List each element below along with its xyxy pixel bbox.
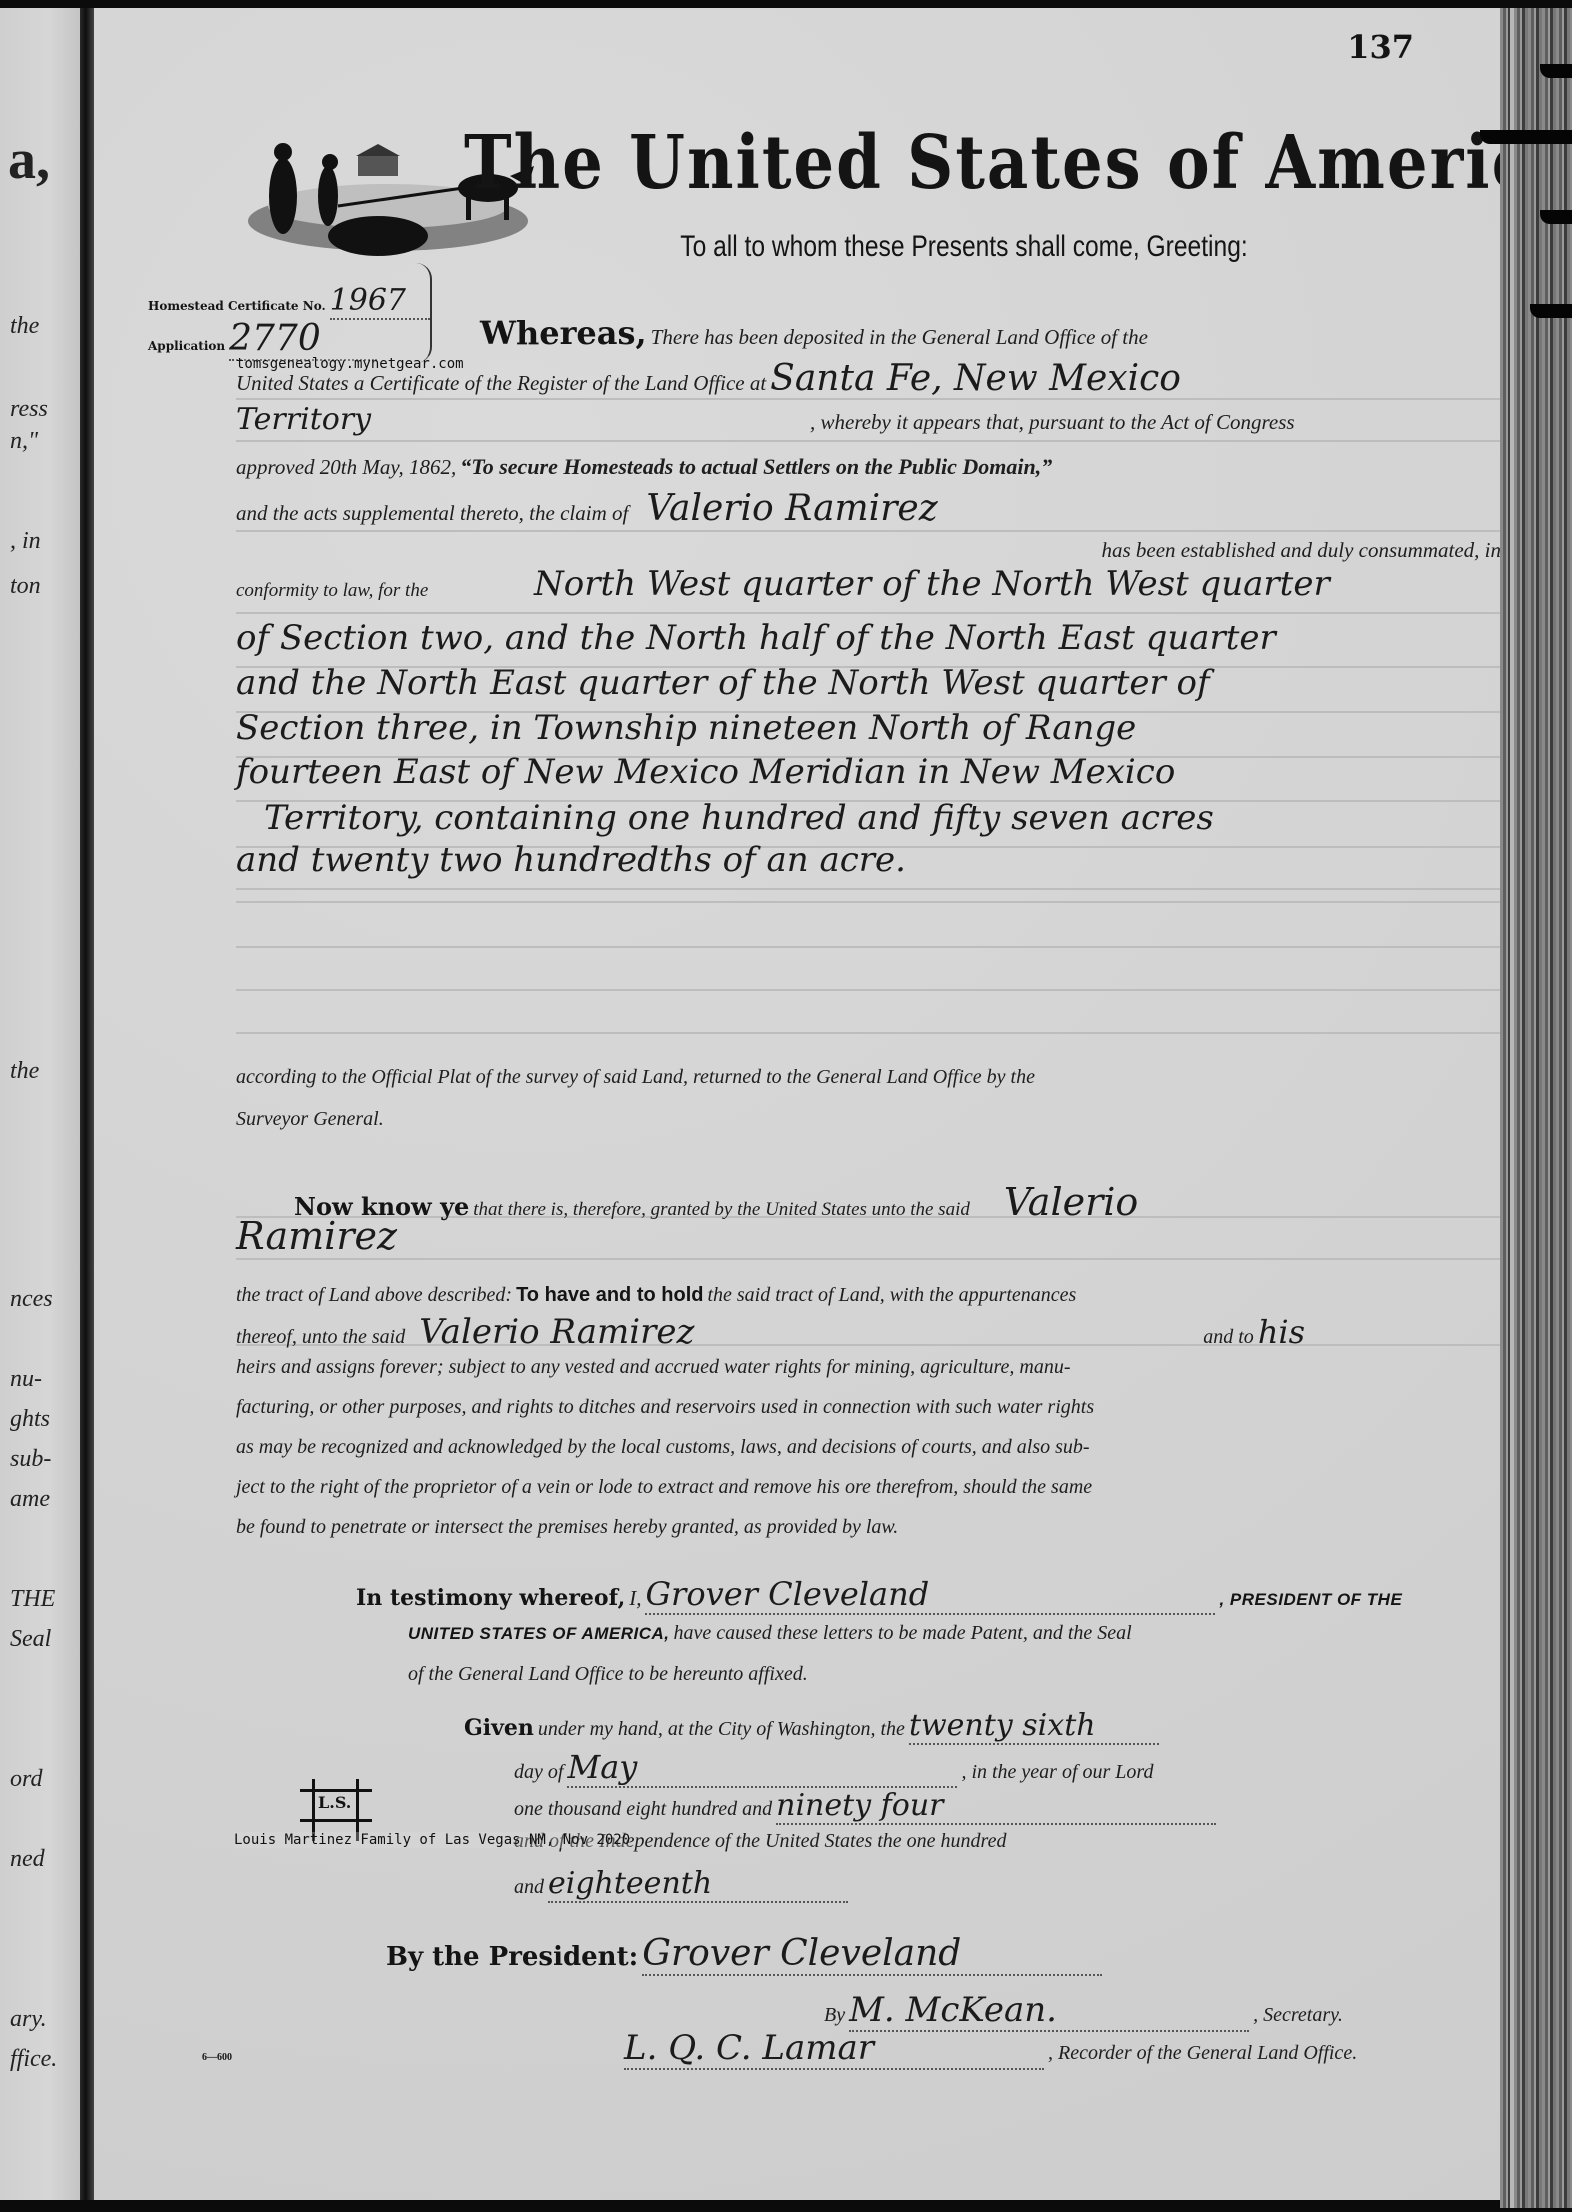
testimony-president-name: Grover Cleveland (645, 1575, 1215, 1615)
whereas-line-3: Territory , whereby it appears that, pur… (236, 402, 1501, 437)
ruled-line (236, 1258, 1501, 1260)
ruled-line (236, 901, 1501, 903)
testimony-text-3: of the General Land Office to be hereunt… (408, 1663, 808, 1685)
application-label: Application (148, 339, 225, 353)
left-page-fragment: the (10, 1058, 39, 1085)
left-page-strip: a,theressn,", intonthencesnu-ghtssub-ame… (0, 8, 82, 2200)
left-page-fragment: ffice. (10, 2046, 57, 2073)
land-description-line: and twenty two hundredths of an acre. (236, 840, 1501, 880)
claimant-name: Valerio Ramirez (646, 488, 937, 529)
recorder-signature: L. Q. C. Lamar (624, 2028, 1044, 2070)
left-page-fragment: ress (10, 396, 48, 423)
whereas-line-6: has been established and duly consummate… (236, 538, 1501, 563)
grantee-full-name: Valerio Ramirez (419, 1312, 1199, 1352)
ruled-line (236, 612, 1501, 614)
patent-page: 137 The United States of America, To all… (94, 8, 1500, 2200)
president-title: , PRESIDENT OF THE (1219, 1590, 1402, 1609)
greeting: To all to whom these Presents shall come… (595, 230, 1333, 264)
application-row: Application 2770 (148, 318, 377, 361)
left-page-fragment: sub- (10, 1446, 51, 1473)
left-page-fragment: THE (10, 1586, 55, 1613)
left-page-fragment: ghts (10, 1406, 50, 1433)
and-to-text: and to (1203, 1326, 1254, 1348)
habendum-line: facturing, or other purposes, and rights… (236, 1396, 1501, 1419)
land-description-line: Territory, containing one hundred and fi… (264, 798, 1529, 838)
day-of-text: day of (514, 1761, 563, 1783)
document-title: The United States of America, (464, 120, 1484, 206)
given-line-2: day of May , in the year of our Lord (514, 1748, 1572, 1788)
left-page-fragment: ton (10, 573, 41, 600)
survey-text-1: according to the Official Plat of the su… (236, 1066, 1035, 1088)
unto-the-said: thereof, unto the said (236, 1326, 405, 1348)
given-day: twenty sixth (909, 1708, 1159, 1745)
grantee-line-2: Ramirez (236, 1214, 1501, 1258)
year-of-lord-text: , in the year of our Lord (961, 1761, 1153, 1783)
land-description-line: North West quarter of the North West qua… (534, 564, 1572, 604)
ruled-line (236, 989, 1501, 991)
act-date: approved 20th May, 1862, (236, 455, 456, 479)
given-year: ninety four (776, 1788, 1216, 1825)
book-gutter (80, 8, 94, 2200)
territory-handwritten: Territory (236, 402, 806, 437)
testimony-line-1: In testimony whereof, I, Grover Clevelan… (356, 1575, 1572, 1615)
in-testimony-keyword: In testimony whereof, (356, 1585, 625, 1611)
land-office-location: Santa Fe, New Mexico (770, 358, 1181, 399)
habendum-line-1: the tract of Land above described: To ha… (236, 1284, 1501, 1307)
by-the-president-line: By the President: Grover Cleveland (386, 1933, 1572, 1976)
his-handwritten: his (1258, 1313, 1305, 1351)
page-edges (1500, 8, 1572, 2208)
left-page-fragment: Seal (10, 1626, 51, 1653)
ruled-line (236, 440, 1501, 442)
whereas-line-4: approved 20th May, 1862, “To secure Home… (236, 454, 1501, 480)
usa-caps: UNITED STATES OF AMERICA, (408, 1624, 670, 1643)
habendum-text-1b: the said tract of Land, with the appurte… (707, 1284, 1076, 1306)
conformity-text: conformity to law, for the (236, 580, 428, 601)
habendum-line-2: thereof, unto the said Valerio Ramirez a… (236, 1312, 1501, 1352)
left-page-fragment: ary. (10, 2006, 47, 2033)
whereas-text-3: , whereby it appears that, pursuant to t… (810, 410, 1295, 434)
habendum-text-1a: the tract of Land above described: (236, 1284, 512, 1306)
secretary-signature: M. McKean. (849, 1990, 1249, 2032)
homestead-certificate-number: 1967 (330, 283, 430, 320)
left-page-fragment: ned (10, 1846, 45, 1873)
survey-line-2: Surveyor General. (236, 1108, 1501, 1131)
president-signature: Grover Cleveland (642, 1933, 1102, 1976)
survey-line-1: according to the Official Plat of the su… (236, 1066, 1501, 1089)
whereas-keyword: Whereas, (480, 314, 647, 352)
ruled-line (236, 888, 1501, 890)
whereas-text-2: United States a Certificate of the Regis… (236, 371, 766, 395)
left-page-fragment: ame (10, 1486, 50, 1513)
ruled-line (236, 946, 1501, 948)
grantee-surname: Ramirez (236, 1214, 397, 1258)
by-label: By (824, 2004, 845, 2026)
claim-of-text: and the acts supplemental thereto, the c… (236, 501, 628, 525)
to-have-and-to-hold: To have and to hold (516, 1284, 703, 1306)
one-thousand-text: one thousand eight hundred and (514, 1798, 772, 1820)
seal-label: L.S. (318, 1793, 351, 1812)
left-page-fragment: the (10, 313, 39, 340)
whereas-text-1: There has been deposited in the General … (651, 325, 1148, 349)
act-title: “To secure Homesteads to actual Settlers… (460, 454, 1052, 479)
given-text-1: under my hand, at the City of Washington… (538, 1718, 905, 1740)
testimony-text-2: have caused these letters to be made Pat… (674, 1622, 1132, 1644)
left-page-fragment: ord (10, 1766, 42, 1793)
recorder-title: , Recorder of the General Land Office. (1048, 2042, 1357, 2064)
land-description-line: and the North East quarter of the North … (236, 663, 1501, 703)
given-month: May (567, 1748, 957, 1788)
habendum-line: be found to penetrate or intersect the p… (236, 1516, 1501, 1539)
secretary-title: , Secretary. (1253, 2004, 1343, 2026)
application-number: 2770 (229, 318, 377, 361)
habendum-line: ject to the right of the proprietor of a… (236, 1476, 1501, 1499)
survey-text-2: Surveyor General. (236, 1108, 384, 1130)
and-text: and (514, 1876, 544, 1898)
page-number: 137 (1347, 28, 1414, 66)
whereas-line-5: and the acts supplemental thereto, the c… (236, 488, 1501, 529)
ledger-spread: a,theressn,", intonthencesnu-ghtssub-ame… (0, 8, 1510, 2200)
whereas-line-1: Whereas, There has been deposited in the… (480, 314, 1490, 352)
land-description-line: fourteen East of New Mexico Meridian in … (236, 752, 1501, 792)
given-line-1: Given under my hand, at the City of Wash… (464, 1708, 1572, 1745)
testimony-line-2: UNITED STATES OF AMERICA, have caused th… (408, 1622, 1572, 1645)
left-page-fragment: , in (10, 528, 41, 555)
secretary-line: By M. McKean. , Secretary. (824, 1990, 1572, 2032)
given-line-3: one thousand eight hundred and ninety fo… (514, 1788, 1572, 1825)
form-number: 6—600 (202, 2052, 232, 2063)
certificate-bracket (416, 263, 432, 363)
given-line-5: and eighteenth (514, 1866, 1572, 1903)
watermark-family: Louis Martinez Family of Las Vegas NM, N… (234, 1832, 630, 1848)
left-page-fragment: n," (10, 428, 38, 455)
testimony-line-3: of the General Land Office to be hereunt… (408, 1663, 1572, 1686)
by-the-president-label: By the President: (386, 1942, 638, 1972)
land-description-line: of Section two, and the North half of th… (236, 618, 1501, 658)
left-page-fragment: nces (10, 1286, 53, 1313)
recorder-line: L. Q. C. Lamar , Recorder of the General… (624, 2028, 1572, 2070)
seal-mark: L.S. (300, 1779, 372, 1835)
independence-year: eighteenth (548, 1866, 848, 1903)
given-line-4: and of the Independence of the United St… (514, 1830, 1572, 1853)
whereas-line-2: United States a Certificate of the Regis… (236, 358, 1501, 399)
land-description-line: Section three, in Township nineteen Nort… (236, 708, 1501, 748)
ruled-line (236, 1032, 1501, 1034)
ruled-line (236, 530, 1501, 532)
left-page-fragment: a, (8, 128, 50, 192)
given-keyword: Given (464, 1715, 534, 1741)
testimony-i: I, (629, 1586, 641, 1610)
habendum-line: heirs and assigns forever; subject to an… (236, 1356, 1501, 1379)
homestead-certificate-label: Homestead Certificate No. (148, 299, 326, 313)
left-page-fragment: nu- (10, 1366, 42, 1393)
homestead-certificate-row: Homestead Certificate No. 1967 (148, 283, 430, 320)
established-text: has been established and duly consummate… (1101, 538, 1501, 562)
habendum-line: as may be recognized and acknowledged by… (236, 1436, 1501, 1459)
